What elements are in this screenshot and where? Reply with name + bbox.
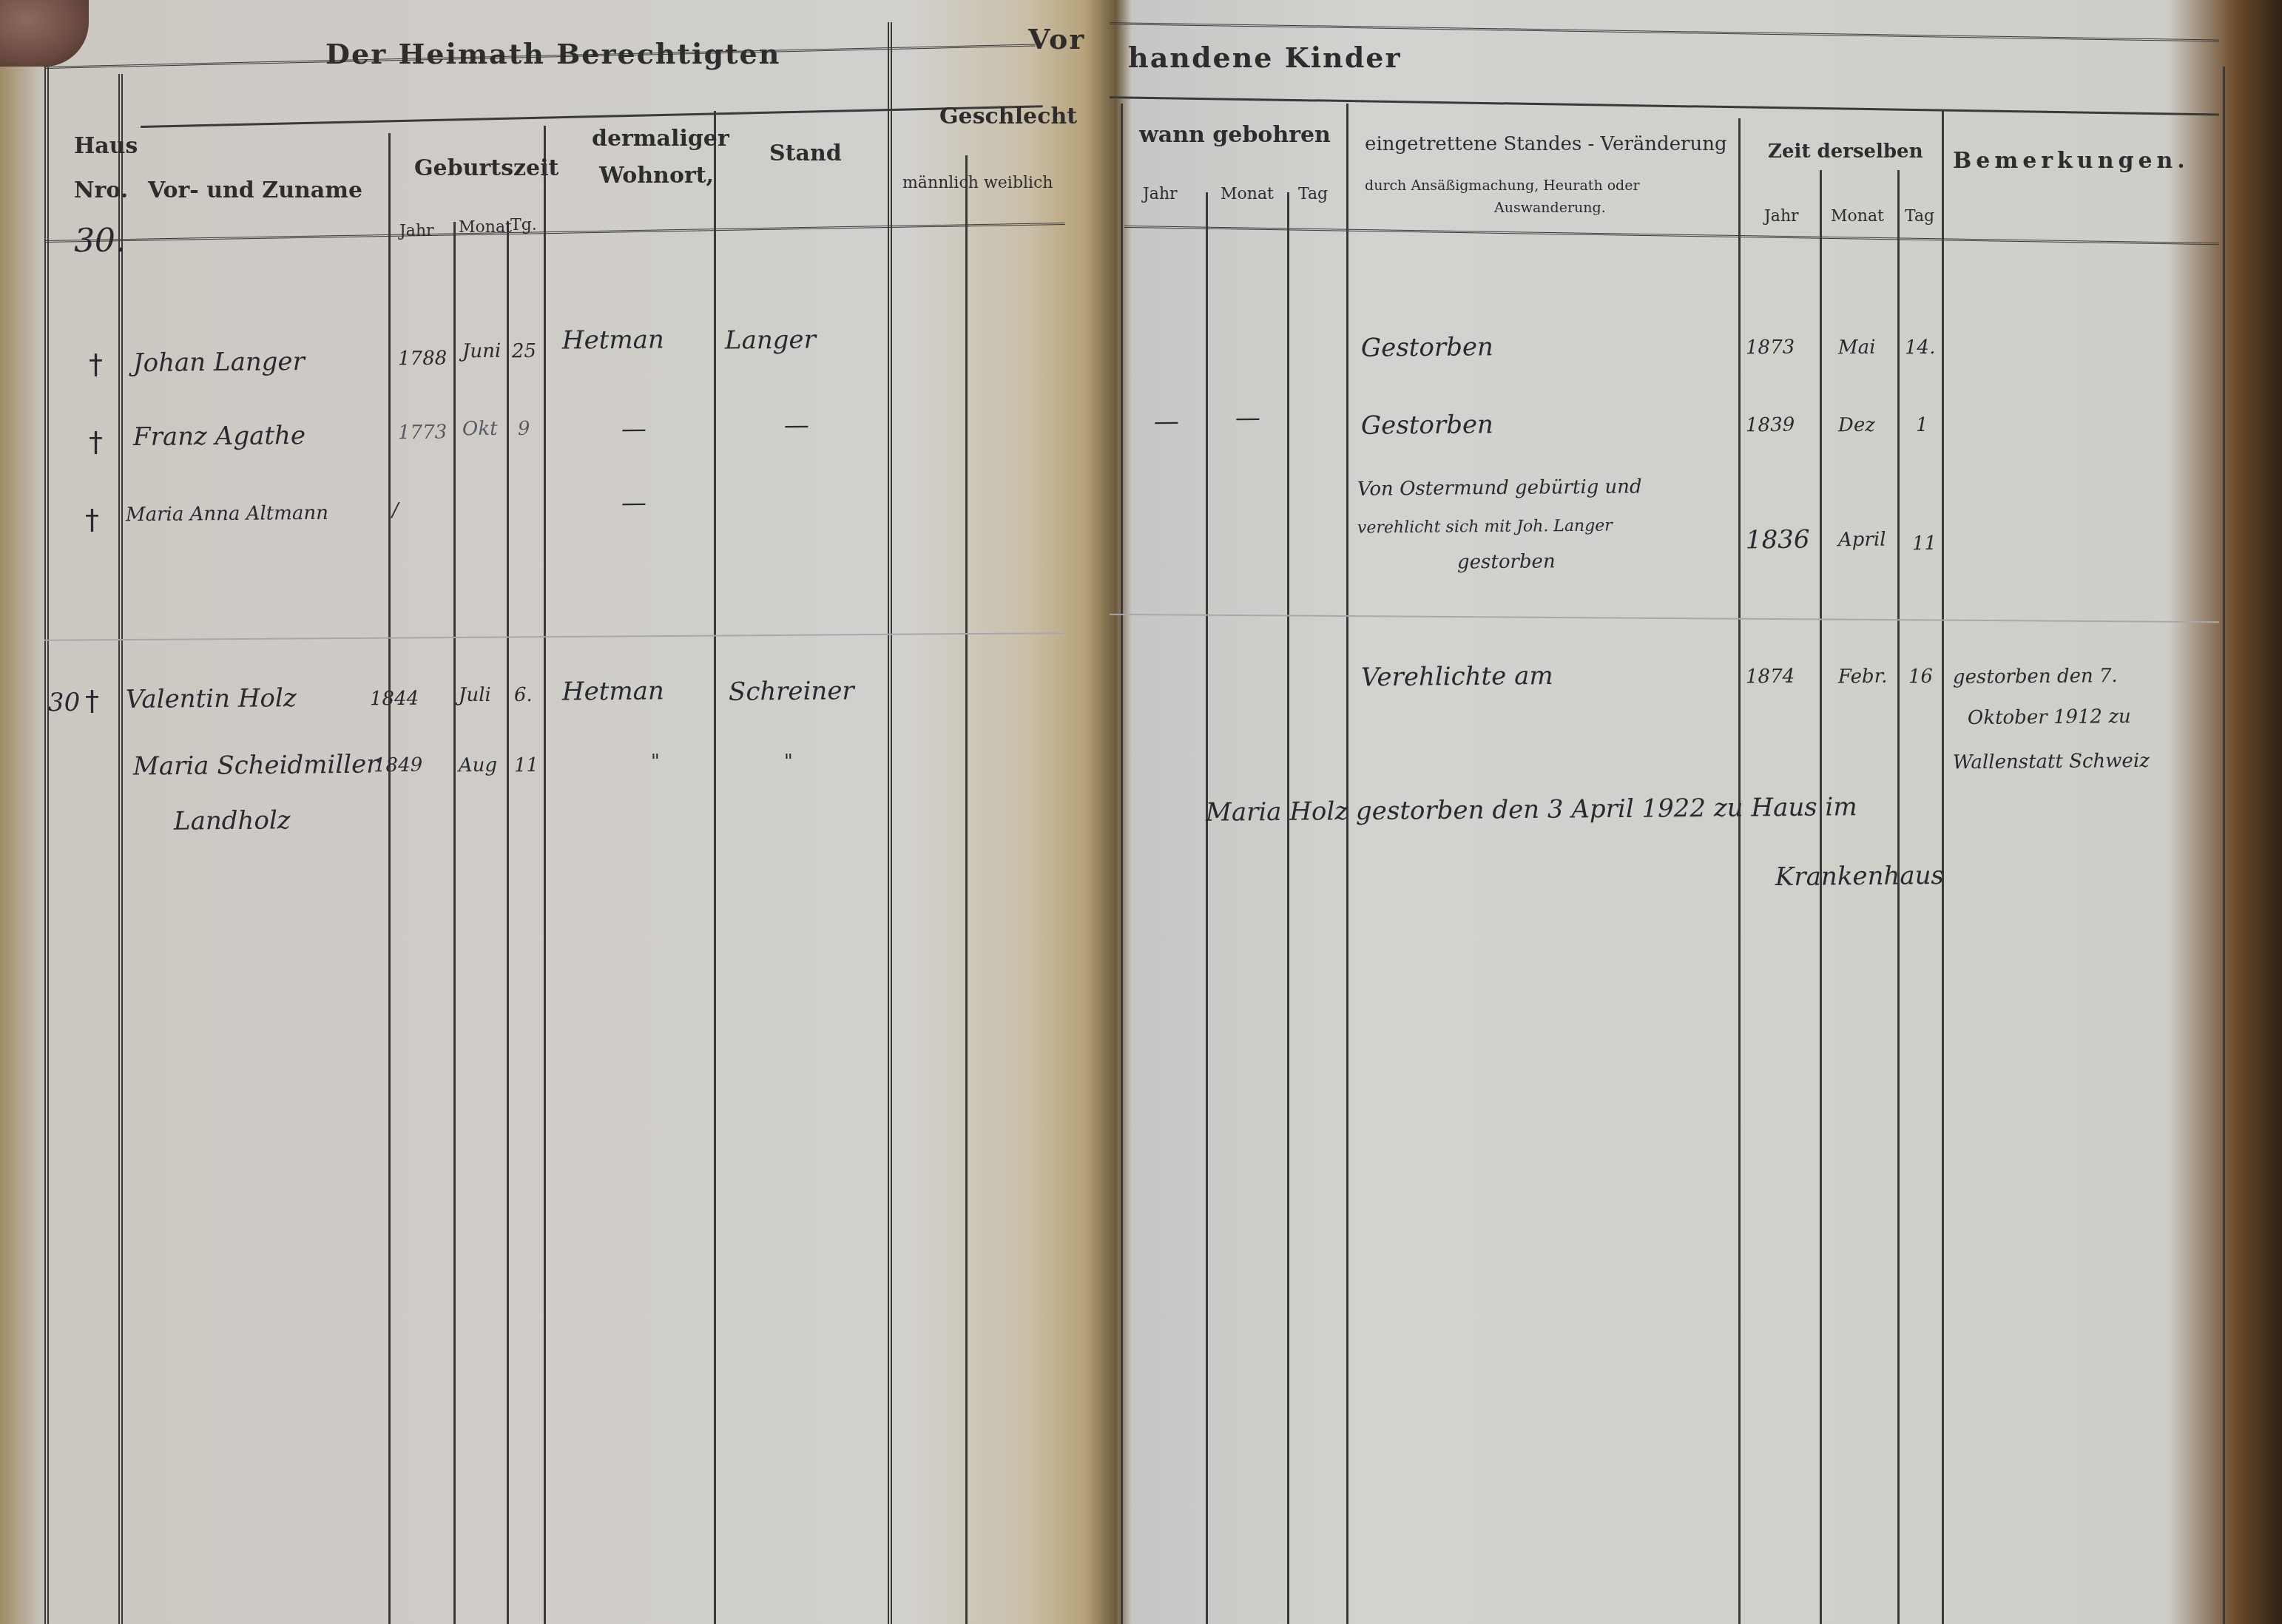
entry-birth-day: 6. <box>514 684 533 706</box>
header-name: Vor- und Zuname <box>148 177 362 203</box>
entry-change-day: 14. <box>1905 336 1936 359</box>
header-birth-jahr: Jahr <box>399 222 434 240</box>
entry-change: Gestorben <box>1361 332 1493 363</box>
entry-born-month: — <box>1235 403 1260 433</box>
col-rule-time-jahr <box>1820 170 1822 1624</box>
entry-change-line-3: gestorben <box>1457 550 1556 573</box>
header-birth-monat: Monat <box>459 218 512 237</box>
col-rule-born-monat <box>1287 192 1289 1624</box>
entry-remarks-line-2: Oktober 1912 zu <box>1968 706 2131 729</box>
entry-birth-day: 11 <box>514 754 539 777</box>
section-title-right: handene Kinder <box>1128 41 1402 74</box>
entry-name: Maria Scheidmiller <box>133 750 379 782</box>
col-rule-sex <box>965 155 968 1624</box>
left-page: Der Heimath Berechtigten Vor Haus Nro. 3… <box>44 22 1095 1624</box>
entry-change-month: April <box>1838 529 1886 552</box>
deceased-cross-icon: † <box>85 684 99 717</box>
entry-change-line-1: Von Ostermund gebürtig und <box>1357 476 1642 500</box>
entry-birth-month: Juni <box>462 340 501 362</box>
outer-border <box>44 67 49 1624</box>
col-rule-wohnort <box>714 111 716 1624</box>
entry-born-year: — <box>1154 407 1179 436</box>
header-change-sub-1: durch Ansäßigmachung, Heurath oder <box>1365 177 1640 194</box>
header-rule <box>141 105 1043 128</box>
entry-remarks-line-3: Wallenstatt Schweiz <box>1953 750 2150 774</box>
header-sex: Geschlecht <box>939 104 1077 129</box>
header-time-monat: Monat <box>1831 207 1884 226</box>
outer-border-right <box>2223 67 2225 1624</box>
section-title-left: Der Heimath Berechtigten <box>325 37 780 70</box>
header-born: wann gebohren <box>1139 122 1331 148</box>
header-born-tag: Tag <box>1298 185 1328 203</box>
footnote-line-1: Maria Holz gestorben den 3 April 1922 zu… <box>1206 792 1857 828</box>
header-stand: Stand <box>769 141 842 166</box>
entry-birth-month: Okt <box>462 418 498 440</box>
entry-residence: — <box>621 414 647 444</box>
entry-change: Gestorben <box>1361 410 1493 441</box>
entry-name: Maria Anna Altmann <box>126 502 328 526</box>
entry-residence: Hetman <box>562 676 664 706</box>
entry-birth-year: 1788 <box>398 348 447 371</box>
entry-stand: Langer <box>725 325 816 355</box>
col-rule-name <box>388 133 391 1624</box>
entry-change-year: 1874 <box>1746 666 1795 688</box>
header-sex-female: weiblich <box>984 174 1053 192</box>
col-rule-time-monat <box>1897 170 1900 1624</box>
header-residence-2: Wohnort, <box>599 163 714 189</box>
header-change: eingetrettene Standes - Veränderung <box>1365 133 1727 155</box>
entry-birth-year: 1849 <box>374 754 422 777</box>
col-rule-haus <box>118 74 123 1624</box>
header-rule <box>1110 96 2219 116</box>
header-remarks: Bemerkungen. <box>1953 148 2190 174</box>
entry-change: Verehlichte am <box>1361 661 1553 692</box>
deceased-cross-icon: † <box>89 348 103 380</box>
header-residence-1: dermaliger <box>592 126 729 152</box>
deceased-cross-icon: † <box>85 503 99 535</box>
entry-residence: " <box>651 751 660 773</box>
entry-birth-month: Aug <box>459 754 497 777</box>
entry-birth-day: 25 <box>512 340 536 362</box>
entry-name: Valentin Holz <box>126 683 297 714</box>
entry-stand: Schreiner <box>729 676 854 706</box>
house-number: 30. <box>74 222 126 260</box>
header-change-sub-2: Auswanderung. <box>1494 200 1606 216</box>
entry-birth-year: 1773 <box>398 422 447 444</box>
entry-change-month: Febr. <box>1838 666 1888 688</box>
header-time: Zeit derselben <box>1768 141 1923 163</box>
entry-change-day: 16 <box>1908 666 1933 688</box>
header-bottom-rule <box>44 223 1065 246</box>
entry-remarks-line-1: gestorben den 7. <box>1953 665 2118 688</box>
pencil-separator <box>44 632 1065 641</box>
entry-change-year: 1873 <box>1746 336 1795 359</box>
col-rule-change <box>1738 118 1741 1624</box>
entry-change-month: Mai <box>1838 336 1876 359</box>
entry-residence: — <box>621 488 647 518</box>
header-birth: Geburtszeit <box>414 155 558 181</box>
deceased-cross-icon: † <box>89 425 103 458</box>
col-rule-tag <box>544 126 546 1624</box>
col-rule-jahr <box>453 222 456 1624</box>
entry-birth-month: Juli <box>459 684 491 706</box>
header-haus: Haus <box>74 133 138 159</box>
entry-name: Franz Agathe <box>133 421 305 452</box>
pencil-separator <box>1110 614 2219 623</box>
header-born-monat: Monat <box>1221 185 1274 203</box>
entry-change-year: 1836 <box>1746 525 1810 555</box>
header-time-tag: Tag <box>1905 207 1934 226</box>
entry-birth-year: / <box>392 499 399 521</box>
entry-change-day: 1 <box>1916 414 1928 436</box>
footnote-line-2: Krankenhaus <box>1775 861 1944 892</box>
header-birth-tag: Tg. <box>510 216 537 234</box>
header-sex-male: männlich <box>902 174 979 192</box>
col-rule-born-tag <box>1346 104 1348 1624</box>
header-nro: Nro. <box>74 177 128 203</box>
entry-birth-year: 1844 <box>370 688 419 711</box>
entry-name: Johan Langer <box>133 347 305 378</box>
col-rule-born-jahr <box>1206 192 1208 1624</box>
col-rule-monat <box>507 222 509 1624</box>
header-born-jahr: Jahr <box>1143 185 1178 203</box>
right-page: handene Kinder wann gebohren Jahr Monat … <box>1110 22 2234 1624</box>
header-time-jahr: Jahr <box>1764 207 1799 226</box>
section-title-vor: Vor <box>1028 22 1085 55</box>
col-rule-born <box>1121 104 1123 1624</box>
entry-stand: " <box>784 751 793 773</box>
entry-name-line-2: Landholz <box>174 805 291 836</box>
entry-residence: Hetman <box>562 325 664 355</box>
col-rule-stand <box>888 22 892 1624</box>
entry-haus-nro: 30 <box>48 688 81 717</box>
entry-change-day: 11 <box>1912 532 1937 555</box>
entry-change-month: Dez <box>1838 414 1875 436</box>
entry-change-year: 1839 <box>1746 414 1795 437</box>
entry-stand: — <box>784 410 809 440</box>
ledger-spread: Der Heimath Berechtigten Vor Haus Nro. 3… <box>0 0 2282 1624</box>
entry-birth-day: 9 <box>518 418 530 440</box>
entry-change-line-2: verehlicht sich mit Joh. Langer <box>1357 516 1613 537</box>
